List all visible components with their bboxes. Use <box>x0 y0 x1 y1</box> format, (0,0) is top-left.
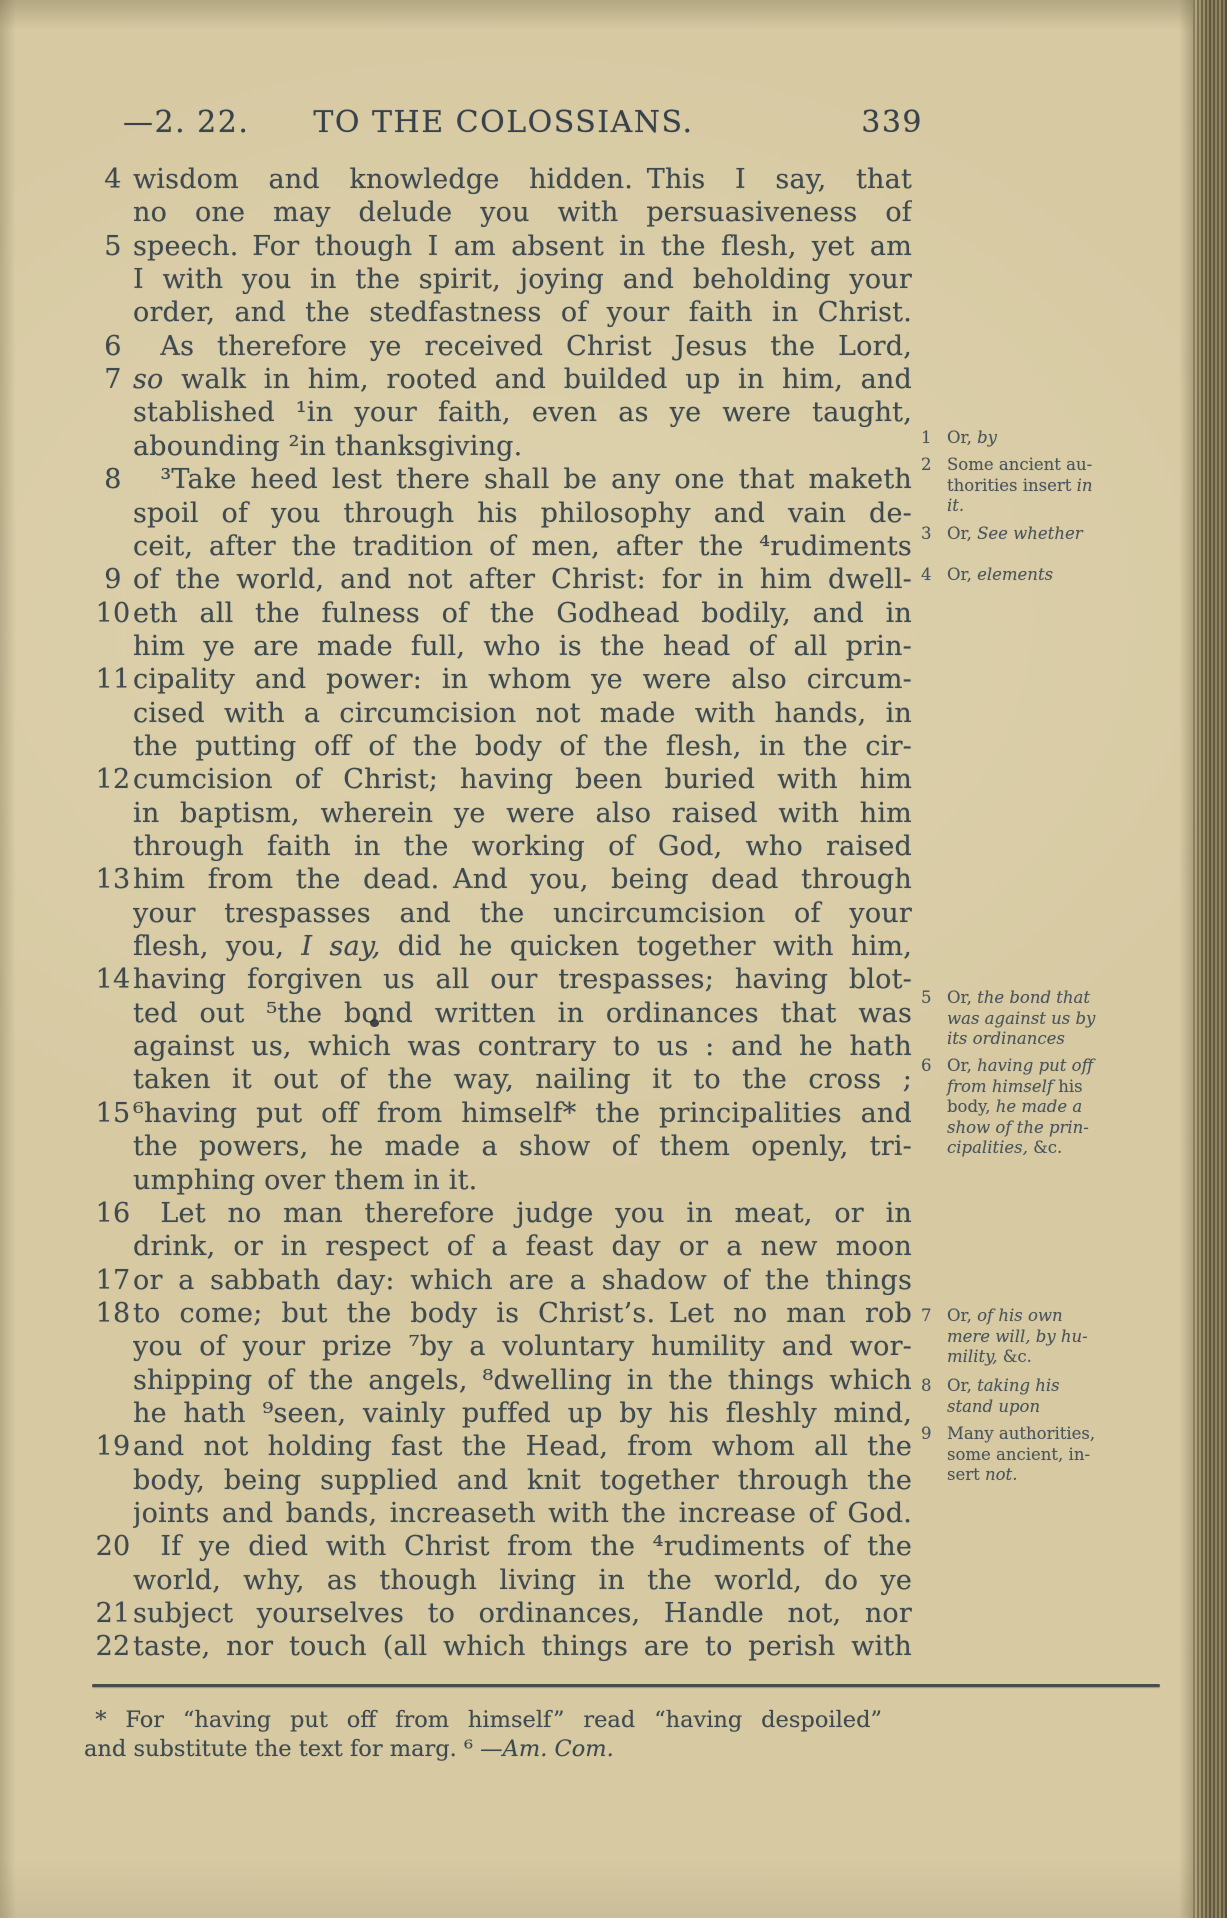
verse-text: through faith in the working of God, who… <box>133 830 912 864</box>
margin-note-number: 3 <box>921 524 947 545</box>
verse-text: Let no man therefore judge you in meat, … <box>133 1197 912 1231</box>
verse-line: no one may delude you with persuasivenes… <box>95 196 912 230</box>
verse-text: body, being supplied and knit together t… <box>133 1464 912 1498</box>
margin-note-number: 7 <box>921 1306 947 1368</box>
verse-text: or a sabbath day: which are a shadow of … <box>133 1264 912 1298</box>
margin-note: 3 Or, See whether <box>921 524 1129 545</box>
verse-line: I with you in the spirit, joying and beh… <box>95 263 912 297</box>
verse-text: ⁶having put off from himself* the princi… <box>133 1097 912 1131</box>
verse-text: cipality and power: in whom ye were also… <box>133 663 912 697</box>
margin-note-number: 6 <box>921 1056 947 1159</box>
verse-line: you of your prize ⁷by a voluntary humili… <box>95 1330 912 1364</box>
verse-number: 14 <box>95 963 131 996</box>
verse-text: cised with a circumcision not made with … <box>133 697 912 731</box>
margin-note: 1 Or, by <box>921 428 1129 449</box>
verse-text: and not holding fast the Head, from whom… <box>133 1430 912 1464</box>
verse-line: 17 or a sabbath day: which are a shadow … <box>95 1264 912 1298</box>
verse-text: you of your prize ⁷by a voluntary humili… <box>133 1330 912 1364</box>
verse-text: stablished ¹in your faith, even as ye we… <box>133 396 912 430</box>
verse-line: 16 Let no man therefore judge you in mea… <box>95 1197 912 1231</box>
verse-text: him ye are made full, who is the head of… <box>133 630 912 664</box>
verse-number: 4 <box>95 163 131 196</box>
margin-note-text: Many authorities,some ancient, in-sert n… <box>947 1424 1129 1486</box>
verse-text: As therefore ye received Christ Jesus th… <box>133 330 912 364</box>
american-committee-footnote: * For “having put off from himself” read… <box>84 1706 882 1764</box>
margin-note-number: 8 <box>921 1376 947 1417</box>
verse-text: him from the dead. And you, being dead t… <box>133 863 912 897</box>
verse-line: umphing over them in it. <box>95 1164 912 1198</box>
margin-note: 2 Some ancient au-thorities insert init. <box>921 455 1129 517</box>
margin-note-text: Or, elements <box>947 565 1129 586</box>
margin-note: 4 Or, elements <box>921 565 1129 586</box>
verse-line: 15 ⁶having put off from himself* the pri… <box>95 1097 912 1131</box>
verse-line: drink, or in respect of a feast day or a… <box>95 1230 912 1264</box>
verse-line: in baptism, wherein ye were also raised … <box>95 797 912 831</box>
verse-number: 11 <box>95 663 131 696</box>
verse-text: taste, nor touch (all which things are t… <box>133 1630 912 1664</box>
verse-line: world, why, as though living in the worl… <box>95 1564 912 1598</box>
verse-text: eth all the fulness of the Godhead bodil… <box>133 597 912 631</box>
verse-text: world, why, as though living in the worl… <box>133 1564 912 1598</box>
margin-note: 8 Or, taking hisstand upon <box>921 1376 1129 1417</box>
verse-text: abounding ²in thanksgiving. <box>133 430 912 464</box>
verse-text: in baptism, wherein ye were also raised … <box>133 797 912 831</box>
verse-line: 22 taste, nor touch (all which things ar… <box>95 1630 912 1664</box>
verse-text: ³Take heed lest there shall be any one t… <box>133 463 912 497</box>
margin-note-number: 4 <box>921 565 947 586</box>
footnote-line: and substitute the text for marg. ⁶ —Am.… <box>84 1735 882 1764</box>
verse-line: 8 ³Take heed lest there shall be any one… <box>95 463 912 497</box>
verse-line: ted out ⁵the bond written in ordinances … <box>95 997 912 1031</box>
verse-number: 18 <box>95 1297 131 1330</box>
verse-text: taken it out of the way, nailing it to t… <box>133 1063 912 1097</box>
verse-line: 11 cipality and power: in whom ye were a… <box>95 663 912 697</box>
margin-note-number: 2 <box>921 455 947 517</box>
verse-line: 10 eth all the fulness of the Godhead bo… <box>95 597 912 631</box>
verse-line: the powers, he made a show of them openl… <box>95 1130 912 1164</box>
verse-text: If ye died with Christ from the ⁴rudimen… <box>133 1530 912 1564</box>
verse-line: 4 wisdom and knowledge hidden. This I sa… <box>95 163 912 197</box>
verse-line: 13 him from the dead. And you, being dea… <box>95 863 912 897</box>
verse-line: abounding ²in thanksgiving. <box>95 430 912 464</box>
margin-note: 7 Or, of his ownmere will, by hu-mility,… <box>921 1306 1129 1368</box>
margin-note: 9 Many authorities,some ancient, in-sert… <box>921 1424 1129 1486</box>
verse-line: flesh, you, I say, did he quicken togeth… <box>95 930 912 964</box>
verse-number: 22 <box>95 1630 131 1663</box>
verse-line: your trespasses and the uncircumcision o… <box>95 897 912 931</box>
verse-text: subject yourselves to ordinances, Handle… <box>133 1597 912 1631</box>
verse-number: 17 <box>95 1264 131 1297</box>
footnote-rule <box>92 1684 1160 1687</box>
verse-line: 18 to come; but the body is Christ’s. Le… <box>95 1297 912 1331</box>
verse-line: order, and the stedfastness of your fait… <box>95 296 912 330</box>
verse-text: order, and the stedfastness of your fait… <box>133 296 912 330</box>
verse-number: 13 <box>95 863 131 896</box>
verse-text: he hath ⁹seen, vainly puffed up by his f… <box>133 1397 912 1431</box>
verse-line: against us, which was contrary to us : a… <box>95 1030 912 1064</box>
verse-number: 16 <box>95 1197 131 1230</box>
margin-note-text: Some ancient au-thorities insert init. <box>947 455 1129 517</box>
verse-text: the putting off of the body of the flesh… <box>133 730 912 764</box>
verse-text: against us, which was contrary to us : a… <box>133 1030 912 1064</box>
verse-number: 20 <box>95 1530 131 1563</box>
verse-text: ceit, after the tradition of men, after … <box>133 530 912 564</box>
verse-line: 14 having forgiven us all our trespasses… <box>95 963 912 997</box>
verse-line: 6 As therefore ye received Christ Jesus … <box>95 330 912 364</box>
margin-note: 5 Or, the bond thatwas against us byits … <box>921 988 1129 1050</box>
verse-text: no one may delude you with persuasivenes… <box>133 196 912 230</box>
verse-text: joints and bands, increaseth with the in… <box>133 1497 912 1531</box>
verse-text: cumcision of Christ; having been buried … <box>133 763 912 797</box>
footnote-line: * For “having put off from himself” read… <box>84 1706 882 1735</box>
verse-line: 5 speech. For though I am absent in the … <box>95 230 912 264</box>
margin-note: 6 Or, having put offfrom himself hisbody… <box>921 1056 1129 1159</box>
verse-number: 15 <box>95 1097 131 1130</box>
verse-line: body, being supplied and knit together t… <box>95 1464 912 1498</box>
verse-line: he hath ⁹seen, vainly puffed up by his f… <box>95 1397 912 1431</box>
margin-note-text: Or, See whether <box>947 524 1129 545</box>
verse-line: 21 subject yourselves to ordinances, Han… <box>95 1597 912 1631</box>
scripture-column: 4 wisdom and knowledge hidden. This I sa… <box>0 0 1227 1918</box>
book-page-scan: —2. 22. TO THE COLOSSIANS. 339 4 wisdom … <box>0 0 1227 1918</box>
margin-note-text: Or, by <box>947 428 1129 449</box>
verse-text: ted out ⁵the bond written in ordinances … <box>133 997 912 1031</box>
margin-note-number: 9 <box>921 1424 947 1486</box>
verse-line: 12 cumcision of Christ; having been buri… <box>95 763 912 797</box>
verse-line: joints and bands, increaseth with the in… <box>95 1497 912 1531</box>
verse-number: 19 <box>95 1430 131 1463</box>
margin-note-text: Or, the bond thatwas against us byits or… <box>947 988 1129 1050</box>
verse-text: having forgiven us all our trespasses; h… <box>133 963 912 997</box>
verse-number: 7 <box>95 363 131 396</box>
margin-note-number: 1 <box>921 428 947 449</box>
verse-text: wisdom and knowledge hidden. This I say,… <box>133 163 912 197</box>
verse-number: 10 <box>95 597 131 630</box>
verse-number: 12 <box>95 763 131 796</box>
margin-note-text: Or, taking hisstand upon <box>947 1376 1129 1417</box>
verse-line: cised with a circumcision not made with … <box>95 697 912 731</box>
verse-line: the putting off of the body of the flesh… <box>95 730 912 764</box>
verse-text: to come; but the body is Christ’s. Let n… <box>133 1297 912 1331</box>
verse-line: 20 If ye died with Christ from the ⁴rudi… <box>95 1530 912 1564</box>
verse-line: spoil of you through his philosophy and … <box>95 497 912 531</box>
verse-number: 21 <box>95 1597 131 1630</box>
margin-note-number: 5 <box>921 988 947 1050</box>
verse-line: shipping of the angels, ⁸dwelling in the… <box>95 1364 912 1398</box>
verse-number: 5 <box>95 230 131 263</box>
verse-text: shipping of the angels, ⁸dwelling in the… <box>133 1364 912 1398</box>
verse-text: speech. For though I am absent in the fl… <box>133 230 912 264</box>
verse-text: drink, or in respect of a feast day or a… <box>133 1230 912 1264</box>
verse-text: umphing over them in it. <box>133 1164 912 1198</box>
verse-line: 19 and not holding fast the Head, from w… <box>95 1430 912 1464</box>
verse-text: of the world, and not after Christ: for … <box>133 563 912 597</box>
verse-text: flesh, you, I say, did he quicken togeth… <box>133 930 912 964</box>
verse-text: so walk in him, rooted and builded up in… <box>133 363 912 397</box>
verse-number: 9 <box>95 563 131 596</box>
verse-line: 7 so walk in him, rooted and builded up … <box>95 363 912 397</box>
verse-text: your trespasses and the uncircumcision o… <box>133 897 912 931</box>
verse-line: him ye are made full, who is the head of… <box>95 630 912 664</box>
verse-line: ceit, after the tradition of men, after … <box>95 530 912 564</box>
margin-note-text: Or, having put offfrom himself hisbody, … <box>947 1056 1129 1159</box>
verse-text: spoil of you through his philosophy and … <box>133 497 912 531</box>
verse-text: the powers, he made a show of them openl… <box>133 1130 912 1164</box>
verse-line: stablished ¹in your faith, even as ye we… <box>95 396 912 430</box>
verse-number: 8 <box>95 463 131 496</box>
verse-line: taken it out of the way, nailing it to t… <box>95 1063 912 1097</box>
verse-line: through faith in the working of God, who… <box>95 830 912 864</box>
verse-line: 9 of the world, and not after Christ: fo… <box>95 563 912 597</box>
verse-number: 6 <box>95 330 131 363</box>
verse-text: I with you in the spirit, joying and beh… <box>133 263 912 297</box>
margin-note-text: Or, of his ownmere will, by hu-mility, &… <box>947 1306 1129 1368</box>
